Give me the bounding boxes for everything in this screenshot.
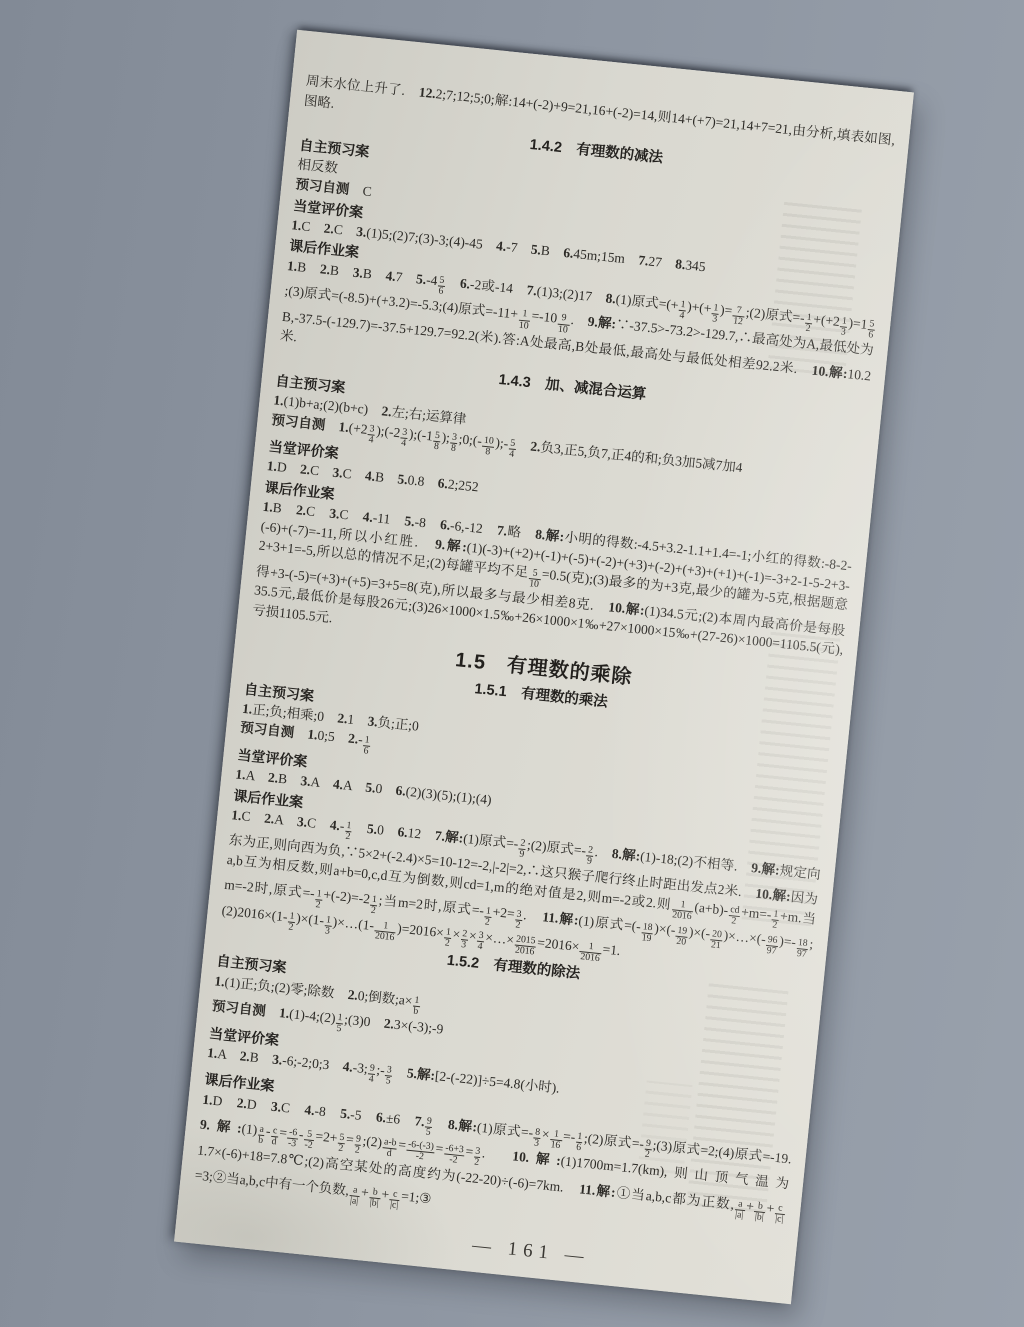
fraction: 1897 — [795, 938, 809, 960]
fraction: 52 — [337, 1133, 346, 1155]
fraction: 20152016 — [513, 935, 536, 958]
fraction: 56 — [867, 319, 876, 341]
fraction: 12016 — [579, 941, 602, 964]
fraction: 510 — [528, 568, 542, 590]
fraction: 12 — [804, 313, 813, 335]
fraction: 32 — [514, 909, 523, 931]
fraction: 15 — [335, 1013, 344, 1035]
fraction: ab — [257, 1125, 266, 1147]
scanned-workbook-page: 周末水位上升了. 12.2;7;12;5;0;解:14+(-2)+9=21,16… — [174, 30, 914, 1304]
fraction: 12 — [483, 906, 492, 928]
fraction: 16 — [362, 735, 371, 757]
fraction: 29 — [518, 839, 527, 861]
fraction: 23 — [460, 929, 469, 951]
fraction: b|b| — [368, 1187, 381, 1209]
fraction: b|b| — [753, 1201, 766, 1223]
fraction: a|a| — [348, 1185, 360, 1207]
fraction: 2021 — [709, 929, 723, 951]
fraction: 14 — [678, 300, 687, 322]
fraction: 712 — [732, 305, 746, 327]
fraction: 1920 — [675, 925, 689, 947]
fraction: 12016 — [671, 899, 694, 922]
fraction: 29 — [585, 846, 594, 868]
fraction: cd2 — [728, 905, 741, 927]
fraction: 116 — [549, 1129, 563, 1151]
fraction: 910 — [557, 313, 571, 335]
fraction: 110 — [517, 309, 531, 331]
answer-key-content: 周末水位上升了. 12.2;7;12;5;0;解:14+(-2)+9=21,16… — [179, 30, 914, 1252]
fraction: 32 — [473, 1147, 482, 1169]
fraction: 12016 — [373, 920, 396, 943]
fraction: 83 — [533, 1127, 542, 1149]
fraction: 9697 — [765, 935, 779, 957]
fraction: 5-2 — [303, 1130, 315, 1152]
fraction: 12 — [287, 912, 296, 934]
fraction: 56 — [437, 275, 446, 297]
fraction: 54 — [508, 438, 517, 460]
fraction: 16 — [575, 1132, 584, 1154]
fraction: 38 — [449, 432, 458, 454]
fraction: 1b — [412, 995, 421, 1017]
fraction: 13 — [711, 303, 720, 325]
fraction: 92 — [643, 1139, 652, 1161]
fraction: 94 — [367, 1064, 376, 1086]
fraction: 12 — [443, 928, 452, 950]
fraction: a|a| — [734, 1199, 746, 1221]
fraction: 95 — [424, 1116, 433, 1138]
fraction: c|c| — [388, 1189, 400, 1211]
fraction: -6-(-3)-2 — [405, 1140, 435, 1164]
fraction: 12 — [369, 894, 378, 916]
fraction: 108 — [481, 436, 495, 458]
fraction: 12 — [771, 910, 780, 932]
fraction: 92 — [353, 1135, 362, 1157]
fraction: 58 — [432, 431, 441, 453]
fraction: a-bd — [381, 1138, 397, 1161]
page-number-text: — 161 — — [471, 1235, 591, 1268]
desk-background: 周末水位上升了. 12.2;7;12;5;0;解:14+(-2)+9=21,16… — [0, 0, 1024, 1327]
fraction: -6+3-2 — [443, 1144, 465, 1167]
fraction: 12 — [314, 889, 323, 911]
fraction: 13 — [323, 915, 332, 937]
fraction: c|c| — [774, 1203, 786, 1225]
fraction: 34 — [476, 931, 485, 953]
fraction: 34 — [367, 424, 376, 446]
fraction: 1819 — [640, 922, 654, 944]
fraction: 35 — [384, 1065, 393, 1087]
fraction: 34 — [400, 427, 409, 449]
fraction: 12 — [344, 821, 353, 843]
fraction: 13 — [839, 316, 848, 338]
fraction: -6-3 — [286, 1128, 298, 1150]
fraction: cd — [270, 1126, 279, 1148]
